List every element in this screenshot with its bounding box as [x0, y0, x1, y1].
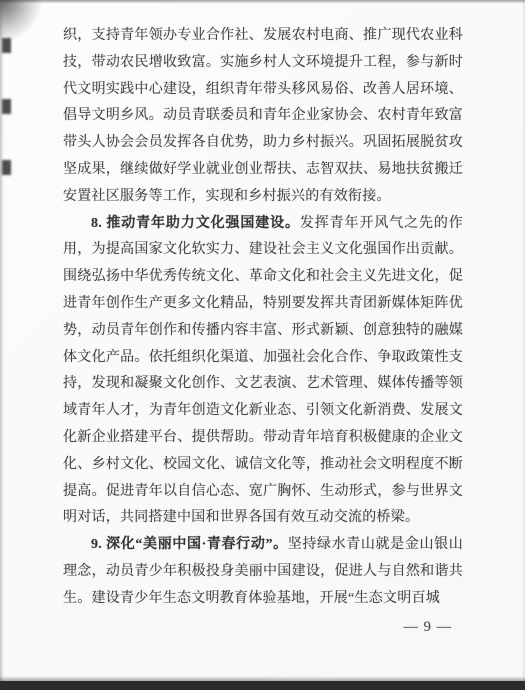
- document-page: 织，支持青年领办专业合作社、发展农村电商、推广现代农业科技，带动农民增收致富。实…: [0, 0, 525, 690]
- paragraph-body-text: 织，支持青年领办专业合作社、发展农村电商、推广现代农业科技，带动农民增收致富。实…: [63, 28, 463, 204]
- document-body-text: 织，支持青年领办专业合作社、发展农村电商、推广现代农业科技，带动农民增收致富。实…: [63, 23, 463, 613]
- paragraph-heading-text: 9. 深化“美丽中国·青春行动”。: [91, 537, 288, 552]
- paragraph-8-cultural-power: 8. 推动青年助力文化强国建设。发挥青年开风气之先的作用，为提高国家文化软实力、…: [63, 211, 463, 533]
- scan-artifact-bottom-edge: [0, 681, 525, 690]
- scan-artifact-mark: [2, 160, 11, 175]
- scan-artifact-mark: [2, 38, 11, 53]
- paragraph-9-beautiful-china: 9. 深化“美丽中国·青春行动”。坚持绿水青山就是金山银山理念，动员青少年积极投…: [63, 532, 463, 612]
- scan-artifact-mark: [2, 99, 11, 114]
- paragraph-heading-text: 8. 推动青年助力文化强国建设。: [91, 216, 300, 231]
- paragraph-rural-revitalization-continuation: 织，支持青年领办专业合作社、发展农村电商、推广现代农业科技，带动农民增收致富。实…: [63, 23, 463, 211]
- scan-artifact-corner-shadow: [0, 0, 42, 42]
- page-number: — 9 —: [404, 619, 453, 636]
- scan-artifact-top-edge: [0, 0, 525, 3]
- paragraph-body-text: 发挥青年开风气之先的作用，为提高国家文化软实力、建设社会主义文化强国作出贡献。围…: [63, 216, 463, 526]
